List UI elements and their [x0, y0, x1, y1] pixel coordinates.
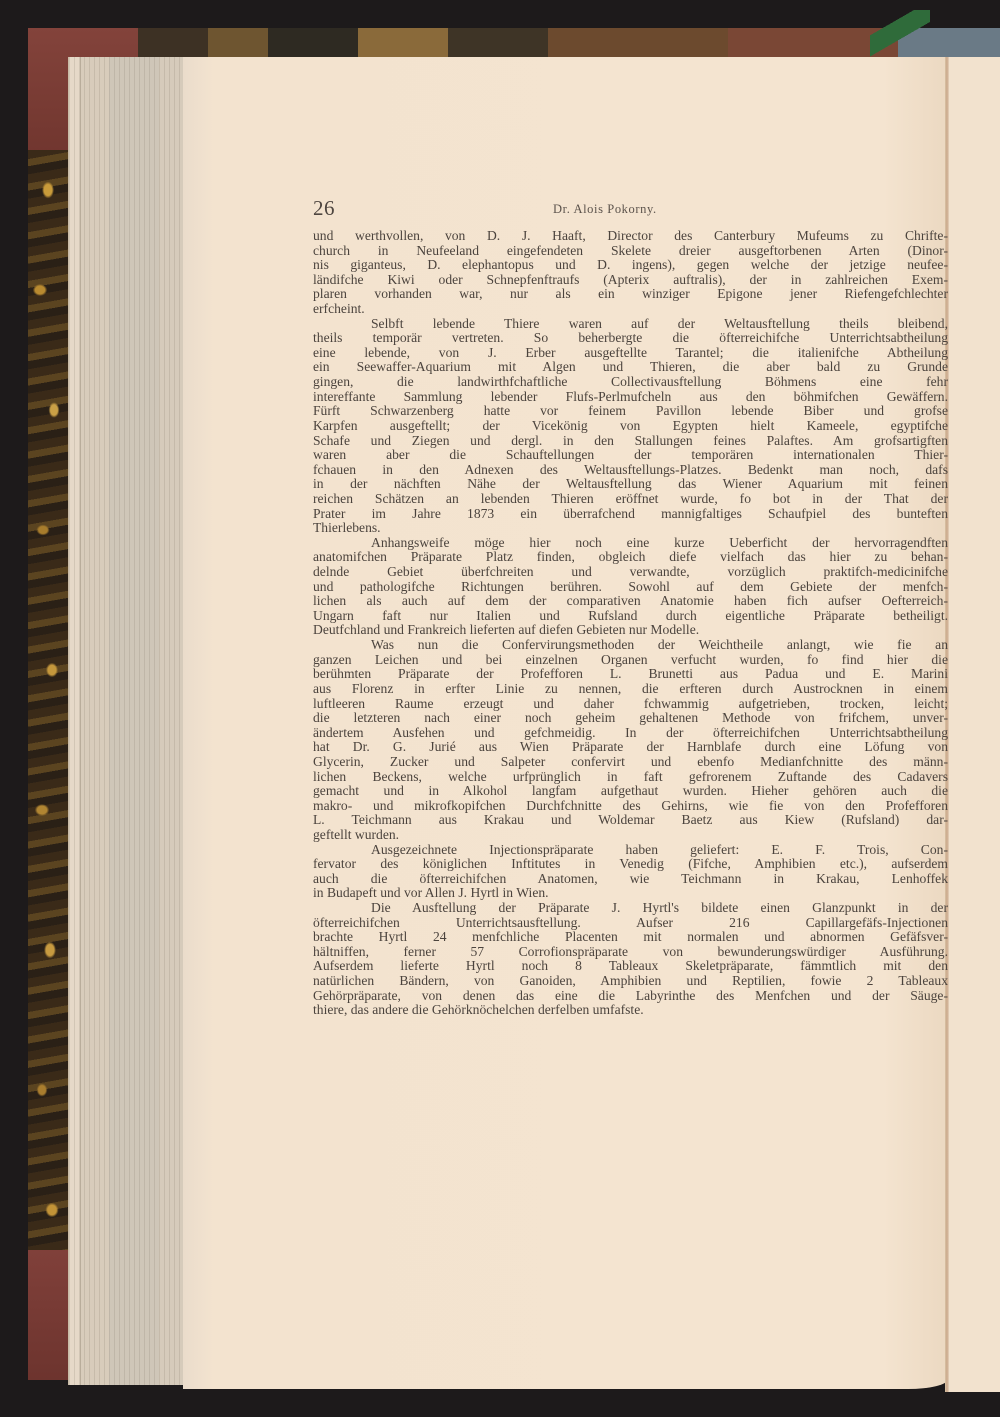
text-line: luftleeren Raume erzeugt und daher fchwa…	[313, 697, 948, 712]
text-line: Karpfen ausgeftellt; der Vicekönig von E…	[313, 419, 948, 434]
text-line: thiere, das andere die Gehörknöchelchen …	[313, 1003, 948, 1018]
text-line: Schafe und Ziegen und dergl. in den Stal…	[313, 434, 948, 449]
marbled-board-edge	[28, 150, 70, 1250]
text-line: nis giganteus, D. elephantopus und D. in…	[313, 258, 948, 273]
text-line: Glycerin, Zucker und Salpeter confervirt…	[313, 755, 948, 770]
text-line: church in Neufeeland eingefendeten Skele…	[313, 244, 948, 259]
book-cover-top-edge	[28, 28, 1000, 59]
text-line: gemacht und in Alkohol langfam aufgethau…	[313, 784, 948, 799]
text-line: natürlichen Bändern, von Ganoiden, Amphi…	[313, 974, 948, 989]
text-line: lichen als auch auf dem der comparativen…	[313, 594, 948, 609]
text-line: ändertem Ausfehen und gefchmeidig. In de…	[313, 726, 948, 741]
text-line: makro- und mikrofkopifchen Durchfchnitte…	[313, 799, 948, 814]
text-line: Selbft lebende Thiere waren auf der Welt…	[313, 317, 948, 332]
text-line: aus Florenz in erfter Linie zu nennen, d…	[313, 682, 948, 697]
text-line: ländifche Kiwi oder Schnepfenftraufs (Ap…	[313, 273, 948, 288]
text-line: ganzen Leichen und bei einzelnen Organen…	[313, 653, 948, 668]
running-head-title: Dr. Alois Pokorny.	[553, 202, 657, 217]
text-line: berühmten Präparate der Profefforen L. B…	[313, 667, 948, 682]
text-line: erfcheint.	[313, 302, 948, 317]
text-line: Anhangsweife möge hier noch eine kurze U…	[313, 536, 948, 551]
text-line: Fürft Schwarzenberg hatte vor feinem Pav…	[313, 404, 948, 419]
text-line: hat Dr. G. Jurié aus Wien Präparate der …	[313, 740, 948, 755]
text-line: ein Seewaffer-Aquarium mit Algen und Thi…	[313, 360, 948, 375]
body-text: und werthvollen, von D. J. Haaft, Direct…	[313, 229, 948, 1018]
text-line: Gehörpräparate, von denen das eine die L…	[313, 989, 948, 1004]
page-fore-edge-stack	[68, 57, 185, 1385]
text-line: fchauen in den Adnexen des Weltausftellu…	[313, 463, 948, 478]
page-stack-divider	[80, 57, 81, 1385]
text-line: reichen Schätzen an lebenden Thieren erö…	[313, 492, 948, 507]
running-head: 26 Dr. Alois Pokorny.	[313, 196, 948, 220]
text-line: theils temporär vertreten. So beherbergt…	[313, 331, 948, 346]
text-line: eine lebende, von J. Erber ausgeftellte …	[313, 346, 948, 361]
text-line: lichen Beckens, welche urfprünglich in f…	[313, 770, 948, 785]
text-line: Ausgezeichnete Injectionspräparate haben…	[313, 843, 948, 858]
text-line: plaren vorhanden war, nur als ein winzig…	[313, 287, 948, 302]
text-line: in Budapeft und vor Allen J. Hyrtl in Wi…	[313, 886, 948, 901]
text-line: die letzteren nach einer noch geheim geh…	[313, 711, 948, 726]
text-line: und werthvollen, von D. J. Haaft, Direct…	[313, 229, 948, 244]
text-line: anatomifchen Präparate Platz finden, obg…	[313, 550, 948, 565]
text-line: Ungarn faft nur Italien und Rufsland dur…	[313, 609, 948, 624]
text-line: delnde Gebiet überfchreiten und verwandt…	[313, 565, 948, 580]
text-line: brachte Hyrtl 24 menfchliche Placenten m…	[313, 930, 948, 945]
text-line: Prater im Jahre 1873 ein überrafchend ma…	[313, 507, 948, 522]
text-line: Was nun die Confervirungsmethoden der We…	[313, 638, 948, 653]
text-line: gingen, die landwirthfchaftliche Collect…	[313, 375, 948, 390]
text-line: fervator des königlichen Inftitutes in V…	[313, 857, 948, 872]
text-line: und pathologifche Richtungen berühren. S…	[313, 580, 948, 595]
page-number: 26	[313, 196, 335, 221]
text-line: Deutfchland und Frankreich lieferten auf…	[313, 623, 948, 638]
book-photo-scene: 26 Dr. Alois Pokorny. und werthvollen, v…	[0, 0, 1000, 1417]
facing-page-edge	[949, 57, 1000, 1392]
text-line: geftellt wurden.	[313, 828, 948, 843]
text-line: Die Ausftellung der Präparate J. Hyrtl's…	[313, 901, 948, 916]
text-line: L. Teichmann aus Krakau und Woldemar Bae…	[313, 813, 948, 828]
text-line: Thierlebens.	[313, 521, 948, 536]
text-line: intereffante Sammlung lebender Flufs-Per…	[313, 390, 948, 405]
text-line: hältniffen, ferner 57 Corrofionspräparat…	[313, 945, 948, 960]
text-line: waren aber die Schauftellungen der tempo…	[313, 448, 948, 463]
text-line: in der nächften Nähe der Weltausftellung…	[313, 477, 948, 492]
ribbon-bookmark	[870, 10, 930, 60]
text-line: auch die öfterreichifchen Anatomen, wie …	[313, 872, 948, 887]
text-line: öfterreichifchen Unterrichtsausftellung.…	[313, 916, 948, 931]
text-line: Aufserdem lieferte Hyrtl noch 8 Tableaux…	[313, 959, 948, 974]
